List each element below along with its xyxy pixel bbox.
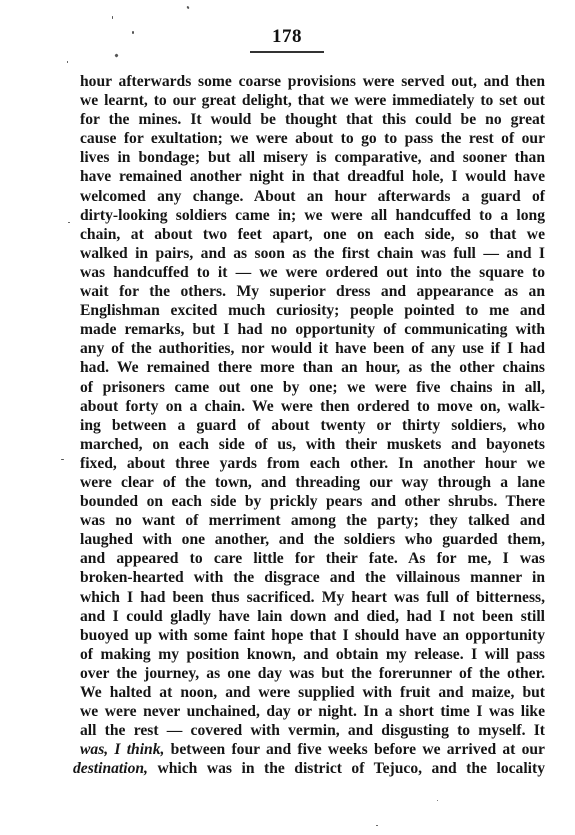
- text-line: hour afterwards some coarse provisions w…: [80, 72, 545, 91]
- scan-speck: [112, 16, 113, 19]
- italic-text: was, I think,: [80, 741, 164, 758]
- text-line: walked in pairs, and as soon as the firs…: [80, 244, 545, 263]
- text-line: welcomed any change. About an hour after…: [80, 187, 545, 206]
- text-line: have remained another night in that drea…: [80, 167, 545, 186]
- text-line: was no want of merriment among the party…: [80, 511, 545, 530]
- text-line: cause for exultation; we were about to g…: [80, 129, 545, 148]
- text-line: made remarks, but I had no opportunity o…: [80, 320, 545, 339]
- text-line: dirty-looking soldiers came in; we were …: [80, 206, 545, 225]
- text-line: We halted at noon, and were supplied wit…: [80, 683, 545, 702]
- italic-text: destination,: [73, 760, 148, 777]
- text-line: which I had been thus sacrificed. My hea…: [80, 588, 545, 607]
- text-line: marched, on each side of us, with their …: [80, 435, 545, 454]
- text-line: was, I think, between four and five week…: [80, 740, 545, 759]
- scan-speck: [376, 825, 378, 826]
- text-span: which was in the district of Tejuco, and…: [148, 760, 545, 777]
- scan-speck: [68, 222, 70, 223]
- text-line: were clear of the town, and threading ou…: [80, 473, 545, 492]
- text-line: was handcuffed to it — we were ordered o…: [80, 263, 545, 282]
- body-text: hour afterwards some coarse provisions w…: [80, 72, 545, 778]
- text-line: any of the authorities, nor would it hav…: [80, 339, 545, 358]
- text-span: between four and five weeks before we ar…: [164, 741, 545, 758]
- text-line: buoyed up with some faint hope that I sh…: [80, 626, 545, 645]
- text-line: chain, at about two feet apart, one on e…: [80, 225, 545, 244]
- text-line: for the mines. It would be thought that …: [80, 110, 545, 129]
- text-line: wait for the others. My superior dress a…: [80, 282, 545, 301]
- scan-speck: [114, 53, 118, 57]
- text-line: destination, which was in the district o…: [73, 759, 545, 778]
- text-line: broken-hearted with the disgrace and the…: [80, 568, 545, 587]
- scan-speck: [437, 800, 438, 801]
- text-line: and appeared to care little for their fa…: [80, 549, 545, 568]
- text-line: Englishman excited much curiosity; peopl…: [80, 301, 545, 320]
- scan-speck: [186, 6, 189, 10]
- scan-speck: [132, 31, 134, 34]
- scan-speck: [61, 459, 64, 460]
- book-page: 178 hour afterwards some coarse provisio…: [0, 0, 575, 835]
- text-line: over the journey, as one day was but the…: [80, 664, 545, 683]
- text-line: had. We remained there more than an hour…: [80, 358, 545, 377]
- text-line: of making my position known, and obtain …: [80, 645, 545, 664]
- text-line: we were never unchained, day or night. I…: [80, 702, 545, 721]
- text-line: laughed with one another, and the soldie…: [80, 530, 545, 549]
- header-rule: [250, 51, 324, 53]
- text-line: and I could gladly have lain down and di…: [80, 607, 545, 626]
- text-line: of prisoners came out one by one; we wer…: [80, 378, 545, 397]
- page-number: 178: [250, 26, 324, 48]
- text-line: about forty on a chain. We were then ord…: [80, 397, 545, 416]
- text-line: we learnt, to our great delight, that we…: [80, 91, 545, 110]
- text-line: fixed, about three yards from each other…: [80, 454, 545, 473]
- text-line: all the rest — covered with vermin, and …: [80, 721, 545, 740]
- scan-speck: [67, 61, 68, 63]
- text-line: lives in bondage; but all misery is comp…: [80, 148, 545, 167]
- text-line: bounded on each side by prickly pears an…: [80, 492, 545, 511]
- text-line: ing between a guard of about twenty or t…: [80, 416, 545, 435]
